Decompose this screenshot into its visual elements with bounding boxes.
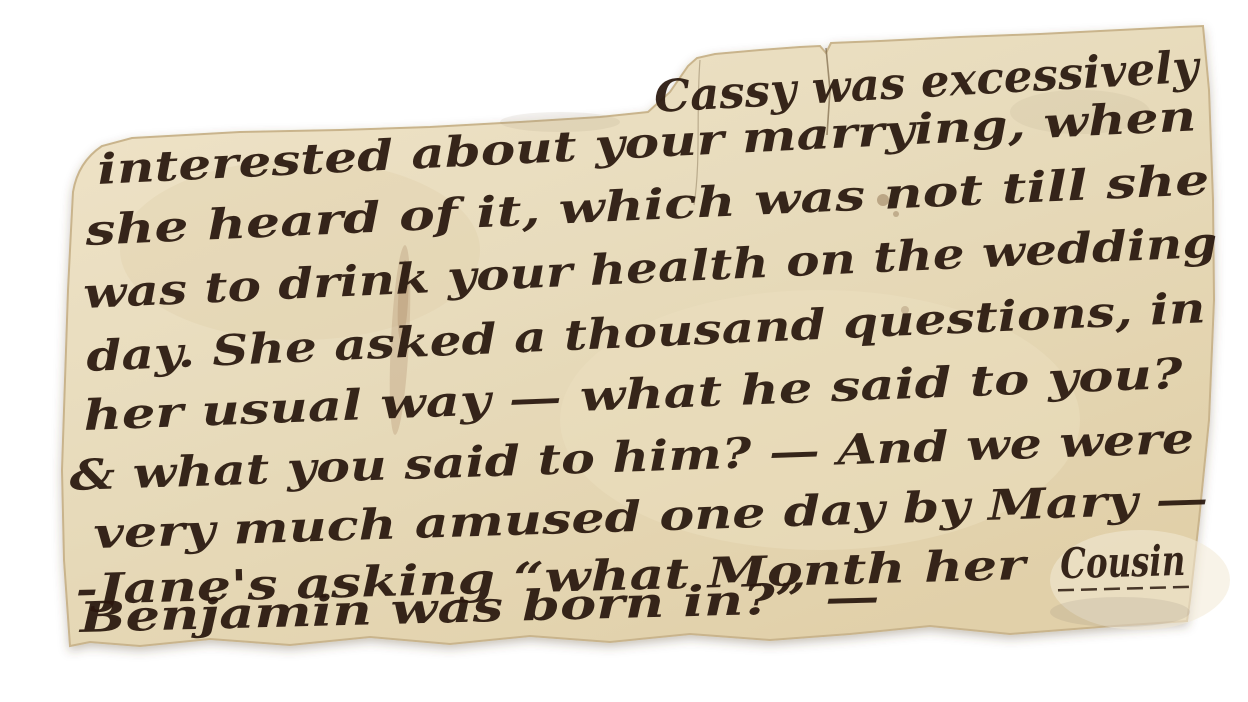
photo-background: Cassy was excessively interested about y… bbox=[0, 0, 1248, 702]
stain bbox=[1050, 597, 1190, 627]
letter-photo: Cassy was excessively interested about y… bbox=[0, 0, 1248, 702]
manuscript-line-9-underlined-word: Cousin bbox=[1060, 536, 1186, 588]
